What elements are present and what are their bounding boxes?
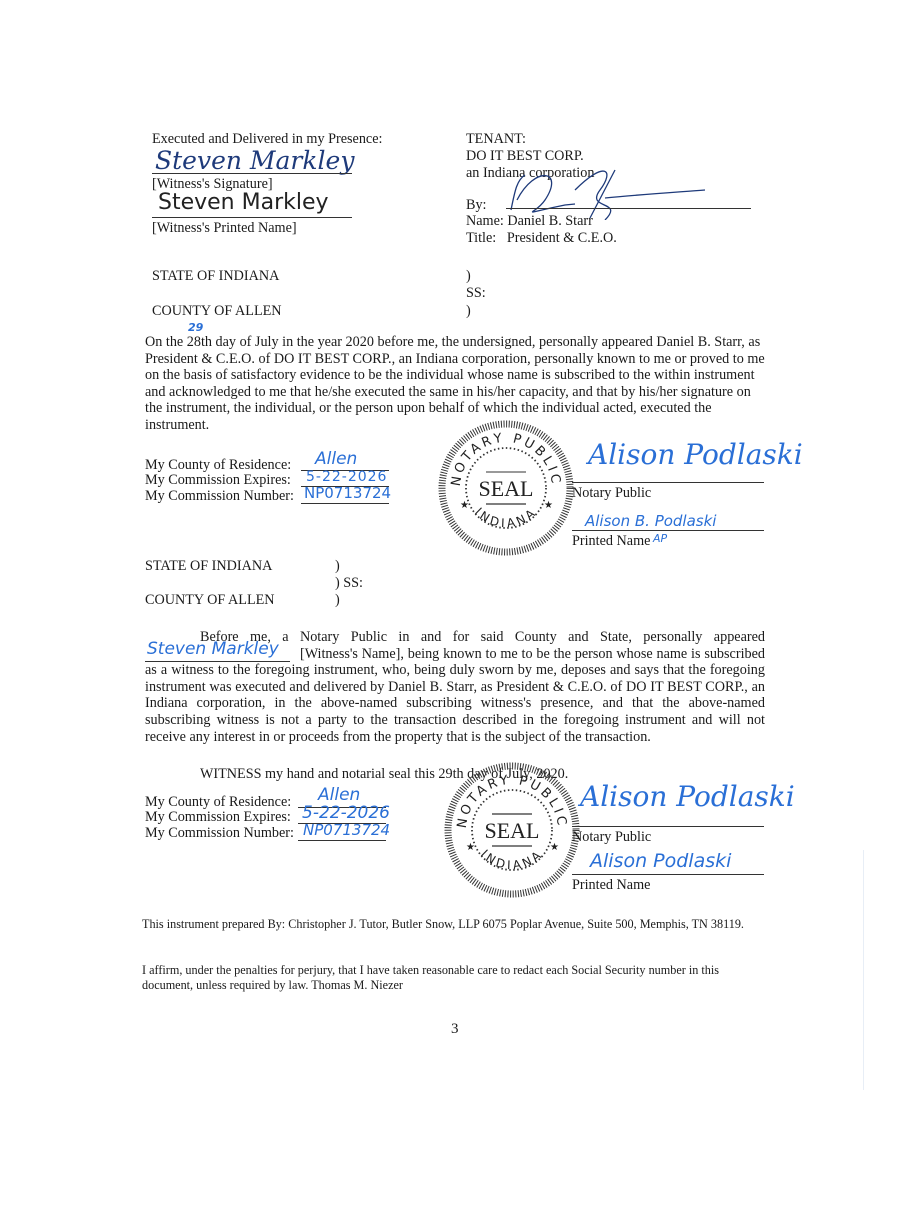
ack2-notary-signature: Alison Podlaski	[580, 780, 795, 813]
witness-printed-name-label: [Witness's Printed Name]	[152, 220, 297, 236]
ack2-county-residence-label: My County of Residence:	[145, 794, 291, 810]
ack2-county-residence-value: Allen	[318, 785, 360, 805]
tenant-name: Name: Daniel B. Starr	[466, 213, 593, 229]
tenant-by-label: By:	[466, 197, 487, 213]
ack2-commission-number-label: My Commission Number:	[145, 825, 294, 841]
ack1-ss: SS:	[466, 285, 486, 301]
witness-signature-line	[152, 173, 352, 174]
ack2-commission-expires-value: 5-22-2026	[302, 803, 390, 823]
tenant-label: TENANT:	[466, 131, 526, 147]
ack1-printed-name-label: Printed Name	[572, 533, 650, 549]
ack2-witness-name: Steven Markley	[147, 641, 279, 658]
ack2-commission-number-line	[298, 840, 386, 841]
ack1-commission-number-label: My Commission Number:	[145, 488, 294, 504]
document-page: Executed and Delivered in my Presence: S…	[0, 0, 902, 1216]
svg-text:SEAL: SEAL	[485, 818, 540, 843]
ack2-printed-name-value: Alison Podlaski	[590, 850, 731, 872]
ack2-commission-number-value: NP0713724	[303, 821, 390, 839]
ack1-paragraph: On the 28th day of July in the year 2020…	[145, 334, 765, 434]
ack1-commission-number-line	[301, 503, 389, 504]
ack1-notary-signature-line	[572, 482, 764, 483]
ack2-commission-expires-label: My Commission Expires:	[145, 809, 291, 825]
ack2-notary-signature-line	[572, 826, 764, 827]
ack1-county-residence-value: Allen	[315, 449, 357, 469]
svg-text:★: ★	[460, 500, 469, 511]
ack1-commission-number-value: NP0713724	[304, 484, 391, 502]
page-number: 3	[451, 1021, 459, 1037]
witness-printed-name: Steven Markley	[158, 190, 329, 215]
ack2-notary-public-label: Notary Public	[572, 829, 651, 845]
ack1-printed-name-line	[572, 530, 764, 531]
ack2-printed-name-label: Printed Name	[572, 877, 650, 893]
ack1-commission-expires-label: My Commission Expires:	[145, 472, 291, 488]
ack1-notary-signature: Alison Podlaski	[588, 438, 803, 471]
ack1-printed-name-value: Alison B. Podlaski	[585, 512, 716, 530]
ack1-county: COUNTY OF ALLEN	[152, 303, 282, 319]
witness-heading: Executed and Delivered in my Presence:	[152, 131, 382, 147]
ack2-state: STATE OF INDIANA	[145, 558, 272, 574]
svg-text:INDIANA: INDIANA	[478, 847, 546, 873]
ack2-county: COUNTY OF ALLEN	[145, 592, 275, 608]
tenant-signature	[505, 160, 715, 220]
ack1-state: STATE OF INDIANA	[152, 268, 279, 284]
ssn-affirmation: I affirm, under the penalties for perjur…	[142, 963, 772, 993]
ack1-initials: AP	[653, 532, 667, 545]
ack2-ss: ) SS:	[335, 575, 363, 591]
svg-text:★: ★	[544, 500, 553, 511]
witness-printed-name-line	[152, 217, 352, 218]
notary-seal-2: NOTARY PUBLIC INDIANA SEAL ★ ★	[444, 762, 580, 898]
svg-text:★: ★	[550, 842, 559, 853]
ack2-paragraph: Before me, a Notary Public in and for sa…	[145, 629, 765, 745]
ack1-paren-top: )	[466, 268, 471, 284]
ack2-paren-top: )	[335, 558, 340, 574]
ack2-printed-name-line	[572, 874, 764, 875]
ack1-day-correction: 29	[188, 321, 203, 334]
ack1-county-residence-label: My County of Residence:	[145, 457, 291, 473]
svg-text:SEAL: SEAL	[479, 476, 534, 501]
ack1-commission-expires-value: 5-22-2026	[306, 469, 387, 485]
ack1-notary-public-label: Notary Public	[572, 485, 651, 501]
svg-text:INDIANA: INDIANA	[472, 505, 540, 531]
svg-text:★: ★	[466, 842, 475, 853]
prepared-by: This instrument prepared By: Christopher…	[142, 917, 772, 932]
ack1-paren-bottom: )	[466, 303, 471, 319]
witness-signature: Steven Markley	[155, 146, 354, 175]
ack2-paren-bottom: )	[335, 592, 340, 608]
tenant-title: Title: President & C.E.O.	[466, 230, 617, 246]
tenant-signature-line	[506, 208, 751, 209]
notary-seal-1: NOTARY PUBLIC INDIANA SEAL ★ ★	[438, 420, 574, 556]
scan-edge-artifact	[863, 850, 864, 1090]
